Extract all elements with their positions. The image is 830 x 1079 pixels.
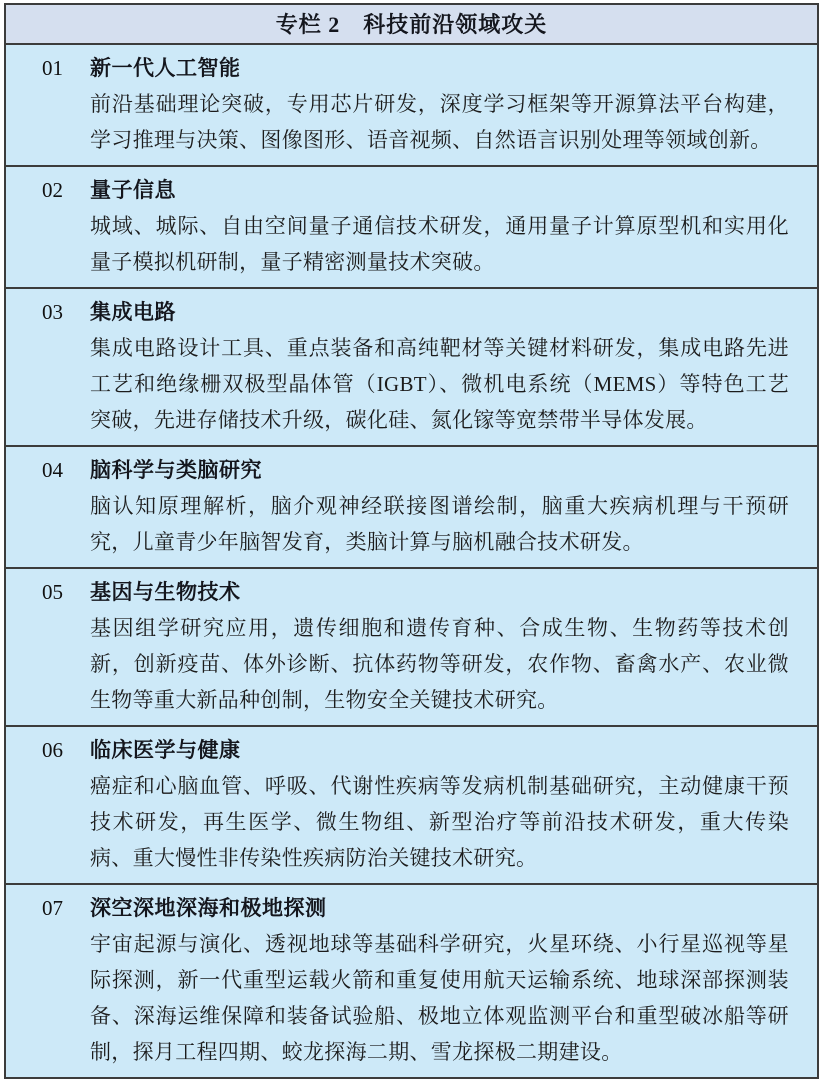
row-title: 临床医学与健康 bbox=[90, 732, 241, 768]
row-description: 脑认知原理解析，脑介观神经联接图谱绘制，脑重大疾病机理与干预研究，儿童青少年脑智… bbox=[90, 488, 789, 560]
row-description: 城域、城际、自由空间量子通信技术研发，通用量子计算原型机和实用化量子模拟机研制，… bbox=[90, 208, 789, 280]
box-title: 专栏 2 科技前沿领域攻关 bbox=[6, 5, 817, 45]
row-description: 前沿基础理论突破，专用芯片研发，深度学习框架等开源算法平台构建，学习推理与决策、… bbox=[90, 86, 789, 158]
row-number: 06 bbox=[42, 732, 90, 768]
row-header: 05 基因与生物技术 bbox=[42, 574, 789, 610]
table-row: 02 量子信息 城域、城际、自由空间量子通信技术研发，通用量子计算原型机和实用化… bbox=[6, 167, 817, 289]
table-row: 07 深空深地深海和极地探测 宇宙起源与演化、透视地球等基础科学研究，火星环绕、… bbox=[6, 885, 817, 1045]
table-row: 01 新一代人工智能 前沿基础理论突破，专用芯片研发，深度学习框架等开源算法平台… bbox=[6, 45, 817, 167]
row-title: 集成电路 bbox=[90, 294, 176, 330]
row-description: 集成电路设计工具、重点装备和高纯靶材等关键材料研发，集成电路先进工艺和绝缘栅双极… bbox=[90, 330, 789, 438]
row-header: 03 集成电路 bbox=[42, 294, 789, 330]
table-row: 05 基因与生物技术 基因组学研究应用，遗传细胞和遗传育种、合成生物、生物药等技… bbox=[6, 569, 817, 727]
row-number: 02 bbox=[42, 172, 90, 208]
row-description: 基因组学研究应用，遗传细胞和遗传育种、合成生物、生物药等技术创新，创新疫苗、体外… bbox=[90, 610, 789, 718]
row-number: 03 bbox=[42, 294, 90, 330]
row-header: 01 新一代人工智能 bbox=[42, 50, 789, 86]
row-header: 06 临床医学与健康 bbox=[42, 732, 789, 768]
feature-box: 专栏 2 科技前沿领域攻关 01 新一代人工智能 前沿基础理论突破，专用芯片研发… bbox=[4, 3, 819, 1045]
row-title: 量子信息 bbox=[90, 172, 176, 208]
row-header: 02 量子信息 bbox=[42, 172, 789, 208]
row-description: 宇宙起源与演化、透视地球等基础科学研究，火星环绕、小行星巡视等星际探测，新一代重… bbox=[90, 926, 789, 1045]
row-number: 04 bbox=[42, 452, 90, 488]
table-row: 04 脑科学与类脑研究 脑认知原理解析，脑介观神经联接图谱绘制，脑重大疾病机理与… bbox=[6, 447, 817, 569]
row-number: 01 bbox=[42, 50, 90, 86]
row-header: 07 深空深地深海和极地探测 bbox=[42, 890, 789, 926]
row-title: 新一代人工智能 bbox=[90, 50, 241, 86]
table-row: 03 集成电路 集成电路设计工具、重点装备和高纯靶材等关键材料研发，集成电路先进… bbox=[6, 289, 817, 447]
row-description: 癌症和心脑血管、呼吸、代谢性疾病等发病机制基础研究，主动健康干预技术研发，再生医… bbox=[90, 768, 789, 876]
row-title: 深空深地深海和极地探测 bbox=[90, 890, 327, 926]
row-header: 04 脑科学与类脑研究 bbox=[42, 452, 789, 488]
table-row: 06 临床医学与健康 癌症和心脑血管、呼吸、代谢性疾病等发病机制基础研究，主动健… bbox=[6, 727, 817, 885]
row-number: 07 bbox=[42, 890, 90, 926]
row-title: 脑科学与类脑研究 bbox=[90, 452, 262, 488]
row-title: 基因与生物技术 bbox=[90, 574, 241, 610]
row-number: 05 bbox=[42, 574, 90, 610]
